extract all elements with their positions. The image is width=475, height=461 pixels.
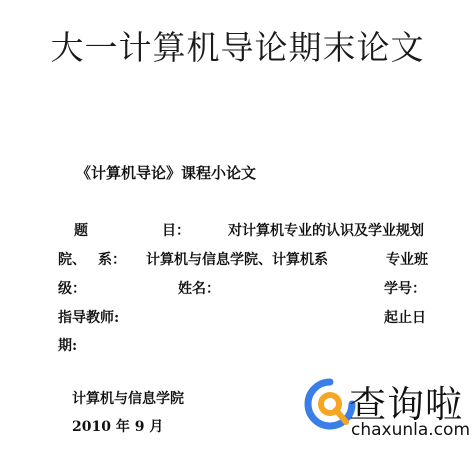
student-id-label: 学号： <box>384 278 426 298</box>
name-label: 姓名： <box>178 278 220 298</box>
topic-label-part2: 目： <box>162 220 190 240</box>
major-class-label-part1: 专业班 <box>386 249 428 269</box>
footer-date: 2010 年 9 月 <box>72 416 163 436</box>
advisor-label: 指导教师: <box>58 307 119 327</box>
document-title: 大一计算机导论期末论文 <box>0 22 475 69</box>
topic-value: 对计算机专业的认识及学业规划 <box>228 220 424 240</box>
topic-label-part1: 题 <box>74 220 88 240</box>
footer-school: 计算机与信息学院 <box>72 388 184 408</box>
period-label-part1: 起止日 <box>384 307 426 327</box>
watermark-url: chaxunla.com <box>351 420 470 440</box>
document-subtitle: 《计算机导论》课程小论文 <box>76 162 256 183</box>
period-label-part2: 期: <box>58 335 77 355</box>
major-class-label-part2: 级： <box>58 278 86 298</box>
watermark: 查询啦 chaxunla.com <box>304 372 474 452</box>
dept-label-part2: 系： <box>98 249 126 269</box>
dept-value: 计算机与信息学院、计算机系 <box>146 249 328 269</box>
dept-label-part1: 院、 <box>58 249 86 269</box>
